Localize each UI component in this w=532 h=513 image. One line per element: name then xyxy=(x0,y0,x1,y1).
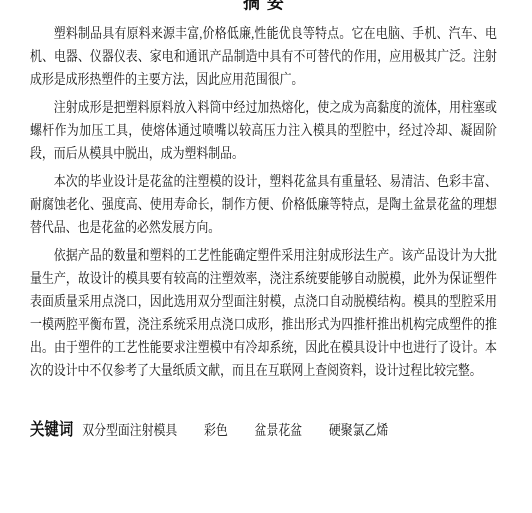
keyword-item: 盆景花盆 xyxy=(255,424,303,439)
keywords-line: 关键词 双分型面注射模具 彩色 盆景花盆 硬聚氯乙烯 xyxy=(30,415,497,440)
keyword-item: 彩色 xyxy=(204,424,228,439)
abstract-body: 塑料制品具有原料来源丰富,价格低廉,性能优良等特点。它在电脑、手机、汽车、电机、… xyxy=(30,0,497,383)
paragraph-intro: 塑料制品具有原料来源丰富,价格低廉,性能优良等特点。它在电脑、手机、汽车、电机、… xyxy=(30,23,497,92)
keyword-item: 硬聚氯乙烯 xyxy=(329,424,388,439)
keywords-label: 关键词 xyxy=(30,420,73,439)
keyword-item: 双分型面注射模具 xyxy=(82,424,177,439)
page-title: 摘要 xyxy=(30,0,497,14)
paragraph-flowerpot-design: 本次的毕业设计是花盆的注塑模的设计，塑料花盆具有重量轻、易清洁、色彩丰富、耐腐蚀… xyxy=(30,171,497,240)
paragraph-mold-structure: 依据产品的数量和塑料的工艺性能确定塑件采用注射成形法生产。该产品设计为大批量生产… xyxy=(30,245,497,383)
paragraph-injection-molding: 注射成形是把塑料原料放入料筒中经过加热熔化，使之成为高黏度的流体，用柱塞或螺杆作… xyxy=(30,97,497,166)
page-content: 摘要 塑料制品具有原料来源丰富,价格低廉,性能优良等特点。它在电脑、手机、汽车、… xyxy=(30,0,497,440)
document-page: 摘要 塑料制品具有原料来源丰富,价格低廉,性能优良等特点。它在电脑、手机、汽车、… xyxy=(0,0,532,513)
